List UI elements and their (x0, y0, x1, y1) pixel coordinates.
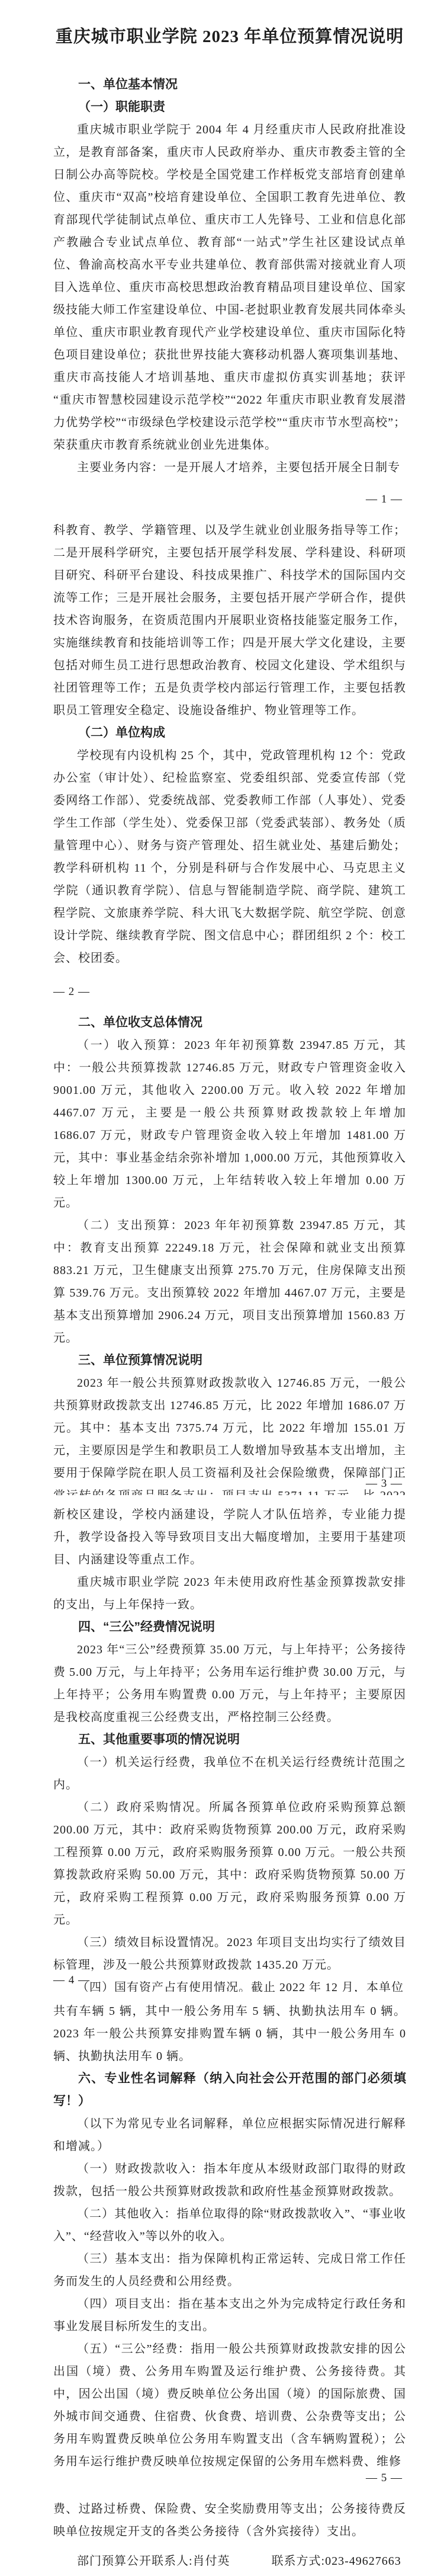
section-heading-6: 六、专业性名词解释（纳入向社会公开范围的部门必须填写！） (53, 2068, 406, 2113)
contact-phone: 联系方式:023-49627663 (272, 2555, 401, 2568)
paragraph: 主要业务内容：一是开展人才培养，主要包括开展全日制专 (53, 456, 406, 479)
page-number-4: — 4 — (53, 1974, 90, 1987)
section-heading-4: 四、“三公”经费情况说明 (53, 1616, 406, 1639)
paragraph-term-basic-expenditure: （三）基本支出：指为保障机构正常运转、完成日常工作任务而发生的人员经费和公用经费… (53, 2248, 406, 2293)
paragraph-term-other-income: （二）其他收入：指单位取得的除“财政拨款收入”、“事业收入”、“经营收入”等以外… (53, 2203, 406, 2248)
contact-line: 部门预算公开联系人:肖付英 联系方式:023-49627663 (53, 2550, 406, 2572)
paragraph-operating-funds: （一）机关运行经费，我单位不在机关运行经费统计范围之内。 (53, 1751, 406, 1796)
paragraph-three-public-funds: 2023 年“三公”经费预算 35.00 万元，与上年持平；公务接待费 5.00… (53, 1639, 406, 1729)
section-heading-3: 三、单位预算情况说明 (53, 1349, 406, 1372)
paragraph-income-budget: （一）收入预算：2023 年年初预算数 23947.85 万元，其中：一般公共预… (53, 1034, 406, 1214)
paragraph-continuation: 科教育、教学、学籍管理、以及学生就业创业服务指导等工作；二是开展科学研究，主要包… (53, 519, 406, 722)
page-4: 新校区建设，学校内涵建设，学院人才队伍培养，专业能力提升，教学设备投入等导致项目… (0, 1495, 444, 1992)
paragraph-procurement: （二）政府采购情况。所属各预算单位政府采购预算总额 200.00 万元，其中：政… (53, 1796, 406, 1931)
paragraph-term-project-expenditure: （四）项目支出：指在基本支出之外为完成特定行政任务和事业发展目标所发生的支出。 (53, 2293, 406, 2338)
page-number-5: — 5 — (366, 2472, 403, 2485)
paragraph: 重庆城市职业学院于 2004 年 4 月经重庆市人民政府批准设立，是教育部备案，… (53, 119, 406, 456)
subsection-heading-1-1: （一）职能职责 (53, 96, 406, 119)
paragraph: 重庆城市职业学院 2023 年未使用政府性基金预算拨款安排的支出，与上年保持一致… (53, 1571, 406, 1616)
paragraph-expenditure-budget: （二）支出预算：2023 年年初预算数 23947.85 万元，其中：教育支出预… (53, 1214, 406, 1349)
budget-document: 重庆城市职业学院 2023 年单位预算情况说明 一、单位基本情况 （一）职能职责… (0, 0, 444, 2576)
page-number-3: — 3 — (366, 1477, 403, 1490)
page-1: 重庆城市职业学院 2023 年单位预算情况说明 一、单位基本情况 （一）职能职责… (0, 0, 444, 511)
paragraph: 学校现有内设机构 25 个，其中，党政管理机构 12 个：党政办公室（审计处）、… (53, 744, 406, 969)
section-heading-2: 二、单位收支总体情况 (53, 1012, 406, 1034)
page-5: 共有车辆 5 辆，其中一般公务用车 5 辆、执勤执法用车 0 辆。2023 年一… (0, 1992, 444, 2489)
paragraph-term-three-public: （五）“三公”经费：指用一般公共预算财政拨款安排的因公出国（境）费、公务用车购置… (53, 2338, 406, 2473)
paragraph-continuation: 新校区建设，学校内涵建设，学院人才队伍培养，专业能力提升，教学设备投入等导致项目… (53, 1503, 406, 1571)
page-2: 科教育、教学、学籍管理、以及学生就业创业服务指导等工作；二是开展科学研究，主要包… (0, 511, 444, 1003)
paragraph-state-assets: （四）国有资产占有使用情况。截止 2022 年 12 月，本单位 (53, 1976, 406, 1992)
paragraph: 2023 年一般公共预算财政拨款收入 12746.85 万元，一般公共预算财政拨… (53, 1372, 406, 1495)
page-number-2: — 2 — (53, 985, 90, 999)
paragraph-performance-targets: （三）绩效目标设置情况。2023 年项目支出均实行了绩效目标管理，涉及一般公共预… (53, 1931, 406, 1976)
paragraph-term-fiscal-income: （一）财政拨款收入：指本年度从本级财政部门取得的财政拨款，包括一般公共预算财政拨… (53, 2158, 406, 2203)
section-heading-5: 五、其他重要事项的情况说明 (53, 1729, 406, 1751)
page-6: 费、过路过桥费、保险费、安全奖励费用等支出；公务接待费反映单位按规定开支的各类公… (0, 2489, 444, 2576)
paragraph-continuation: 费、过路过桥费、保险费、安全奖励费用等支出；公务接待费反映单位按规定开支的各类公… (53, 2498, 406, 2543)
section-heading-1: 一、单位基本情况 (53, 73, 406, 96)
page-3: 二、单位收支总体情况 （一）收入预算：2023 年年初预算数 23947.85 … (0, 1003, 444, 1495)
paragraph-continuation: 共有车辆 5 辆，其中一般公务用车 5 辆、执勤执法用车 0 辆。2023 年一… (53, 2000, 406, 2068)
paragraph-glossary-note: （以下为常见专业名词解释，单位应根据实际情况进行解释和增减。） (53, 2113, 406, 2158)
page-number-1: — 1 — (366, 493, 403, 506)
subsection-heading-1-2: （二）单位构成 (53, 722, 406, 744)
contact-person: 部门预算公开联系人:肖付英 (77, 2555, 230, 2568)
doc-title: 重庆城市职业学院 2023 年单位预算情况说明 (53, 25, 406, 49)
